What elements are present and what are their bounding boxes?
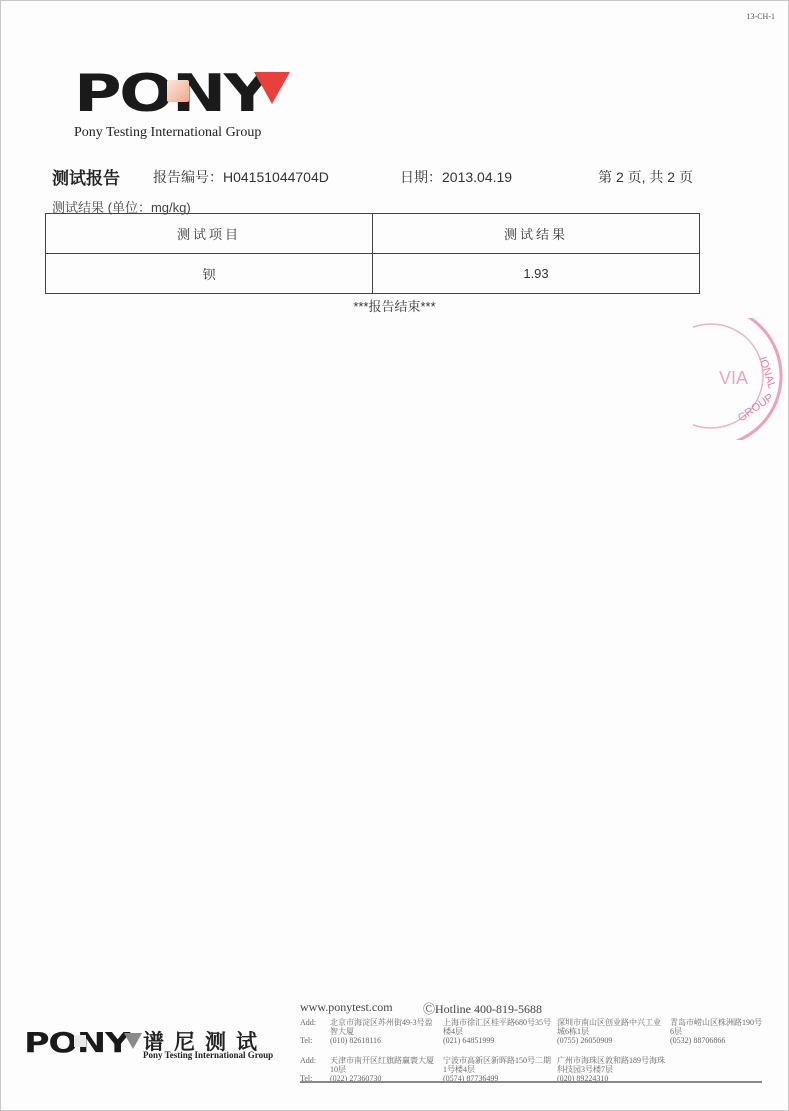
table-row: 钡 1.93 xyxy=(46,254,700,294)
office-qingdao: 青岛市崂山区株洲路190号6层(0532) 88706866 xyxy=(670,1018,765,1045)
footer-logo: PONY 谱尼测试 Pony Testing International Gro… xyxy=(24,1028,274,1064)
cell-item: 钡 xyxy=(46,254,373,294)
report-date: 日期：2013.04.19 xyxy=(400,167,512,187)
office-shenzhen: 深圳市南山区创业路中兴工业城6栋1层(0755) 26050909 xyxy=(557,1018,667,1045)
page-info: 第 2 页, 共 2 页 xyxy=(598,167,693,187)
table-header-row: 测试项目 测试结果 xyxy=(46,214,700,254)
office-guangzhou: 广州市海珠区敦和路189号海珠科技园3号楼7层(020) 89224310 xyxy=(557,1056,667,1083)
results-table: 测试项目 测试结果 钡 1.93 xyxy=(45,213,700,294)
svg-text:GROUP: GROUP xyxy=(736,391,776,424)
footer-logo-square-icon xyxy=(74,1035,86,1047)
office-ningbo: 宁波市高新区新晖路150号二期1号楼4层(0574) 87736499 xyxy=(443,1056,553,1083)
office-row-2: Add: Tel: 天津市南开区红旗路赢寰大厦10层(022) 27360730… xyxy=(300,1056,770,1092)
document-code: 13-CH-1 xyxy=(747,12,775,21)
column-header-result: 测试结果 xyxy=(373,214,700,254)
office-shanghai: 上海市徐汇区桂平路680号35号楼4层(021) 64851999 xyxy=(443,1018,553,1045)
svg-text:VIA: VIA xyxy=(719,368,748,388)
footer-logo-triangle-icon xyxy=(124,1033,142,1049)
cell-result: 1.93 xyxy=(373,254,700,294)
footer-hotline: ⒸHotline 400-819-5688 xyxy=(423,1000,542,1017)
footer-divider xyxy=(300,1081,762,1083)
column-header-item: 测试项目 xyxy=(46,214,373,254)
logo-tagline: Pony Testing International Group xyxy=(74,125,294,141)
report-end-marker: ***报告结束*** xyxy=(0,296,789,315)
office-row-1: Add: Tel: 北京市海淀区苏州街49-3号盈智大厦(010) 826181… xyxy=(300,1018,770,1054)
logo-square-icon xyxy=(167,80,189,102)
company-seal-stamp: GROUP IONAL VIA xyxy=(693,318,785,440)
office-tianjin: 天津市南开区红旗路赢寰大厦10层(022) 27360730 xyxy=(330,1056,440,1083)
svg-text:IONAL: IONAL xyxy=(756,355,778,390)
office-beijing: 北京市海淀区苏州街49-3号盈智大厦(010) 82618116 xyxy=(330,1018,440,1045)
report-title: 测试报告 xyxy=(52,164,120,189)
report-number: 报告编号：H04151044704D xyxy=(153,167,329,187)
footer-logo-english: Pony Testing International Group xyxy=(143,1050,273,1060)
report-header: 测试报告 报告编号：H04151044704D 日期：2013.04.19 第 … xyxy=(52,164,693,186)
footer-contact-info: www.ponytest.com ⒸHotline 400-819-5688 A… xyxy=(300,1000,770,1092)
logo-triangle-icon xyxy=(254,72,290,104)
footer-website[interactable]: www.ponytest.com xyxy=(300,1000,393,1014)
pony-logo: PONY Pony Testing International Group xyxy=(74,70,294,141)
